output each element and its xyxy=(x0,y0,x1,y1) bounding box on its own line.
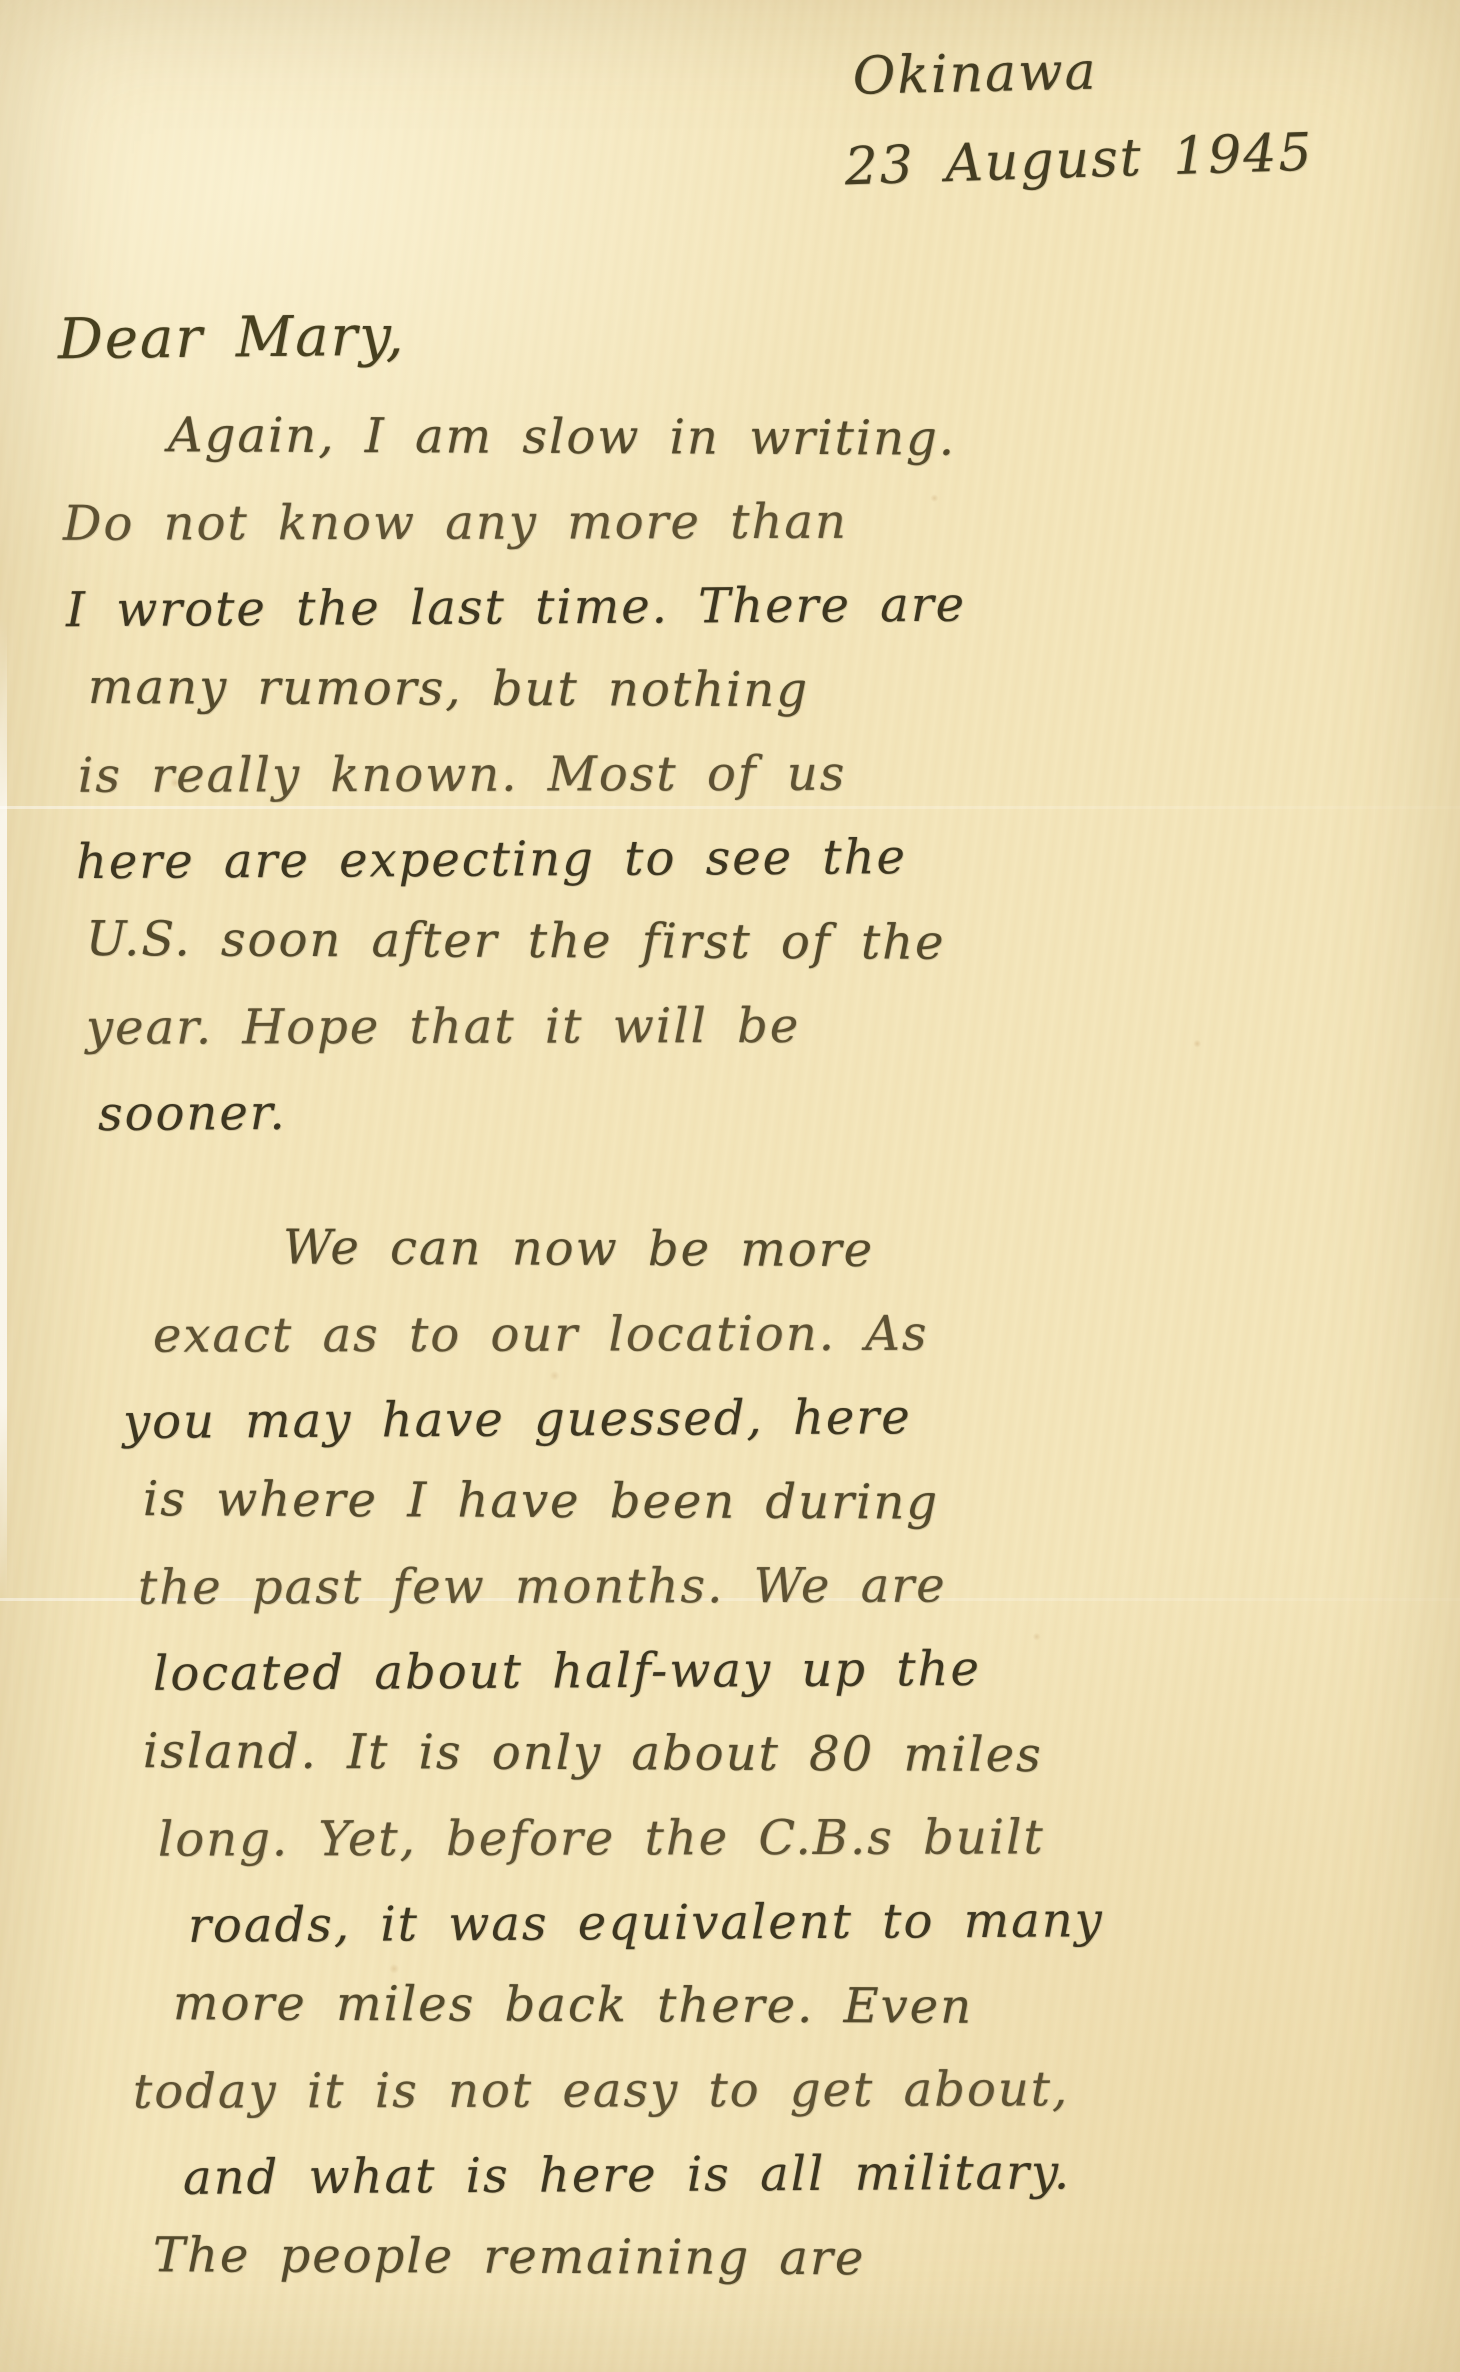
letter-page: Okinawa 23 August 1945 Dear Mary, Again,… xyxy=(0,0,1460,2372)
letter-line: U.S. soon after the first of the xyxy=(86,897,1438,987)
letter-line: I wrote the last time. There are xyxy=(66,560,1438,652)
letter-body: Dear Mary, Again, I am slow in writing. … xyxy=(58,300,1438,2300)
salutation: Dear Mary, xyxy=(58,293,1439,403)
header-location: Okinawa xyxy=(844,37,1315,135)
letter-line: many rumors, but nothing xyxy=(88,645,1438,735)
letter-line: is really known. Most of us xyxy=(78,730,1438,818)
letter-line: here are expecting to see the xyxy=(76,812,1438,904)
letter-line: sooner. xyxy=(98,1064,1438,1156)
letter-line: located about half-way up the xyxy=(153,1624,1438,1716)
letter-line: and what is here is all military. xyxy=(183,2128,1438,2220)
scan-edge xyxy=(0,620,7,1600)
paragraph-1: Again, I am slow in writing. Do not know… xyxy=(58,396,1438,1152)
letter-line: is where I have been during xyxy=(143,1457,1438,1547)
letter-line: today it is not easy to get about, xyxy=(133,2046,1438,2133)
letter-line: We can now be more xyxy=(283,1205,1438,1294)
letter-line: Again, I am slow in writing. xyxy=(168,393,1438,483)
letter-line: you may have guessed, here xyxy=(123,1372,1438,1464)
letter-line: The people remaining are xyxy=(153,2213,1438,2303)
paragraph-2: We can now be more exact as to our locat… xyxy=(58,1208,1438,2300)
letter-line: more miles back there. Even xyxy=(173,1961,1438,2051)
letter-line: exact as to our location. As xyxy=(153,1290,1438,1377)
letter-line: the past few months. We are xyxy=(138,1542,1438,1629)
letter-header: Okinawa 23 August 1945 xyxy=(845,42,1314,218)
letter-line: roads, it was equivalent to many xyxy=(188,1876,1438,1968)
letter-line: Do not know any more than xyxy=(63,478,1438,566)
letter-line: year. Hope that it will be xyxy=(86,982,1438,1070)
letter-line: island. It is only about 80 miles xyxy=(143,1709,1438,1799)
header-date: 23 August 1945 xyxy=(844,123,1316,226)
letter-line: long. Yet, before the C.B.s built xyxy=(158,1794,1438,1881)
